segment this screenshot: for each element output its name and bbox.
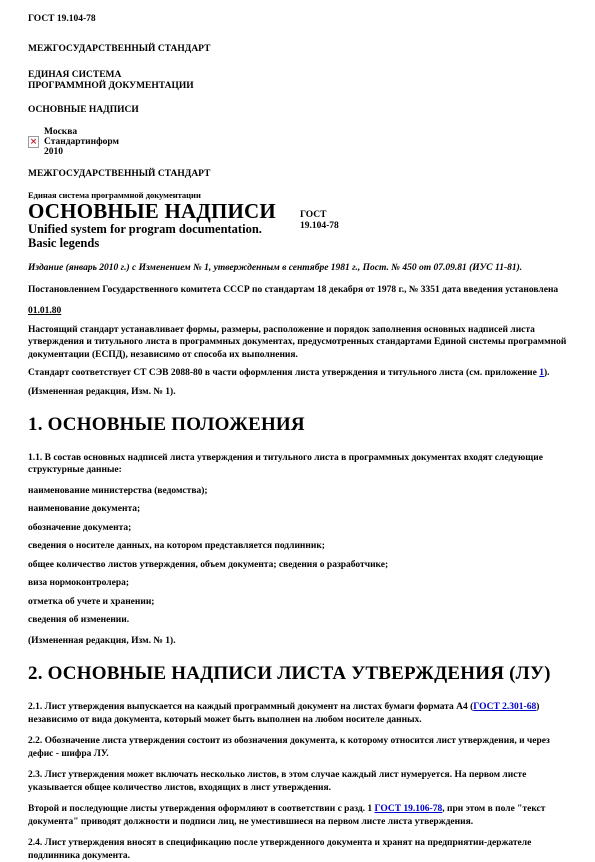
series-line-2: ПРОГРАММНОЙ ДОКУМЕНТАЦИИ <box>28 81 569 92</box>
gost-2301-link[interactable]: ГОСТ 2.301-68 <box>473 702 536 712</box>
title-left: ОСНОВНЫЕ НАДПИСИ Unified system for prog… <box>28 200 276 250</box>
list-item-doc-designation: обозначение документа; <box>28 522 569 535</box>
edition-note: Издание (январь 2010 г.) с Изменением № … <box>28 262 569 275</box>
publisher-name: Стандартинформ <box>44 137 119 147</box>
main-title: ОСНОВНЫЕ НАДПИСИ <box>28 200 276 222</box>
list-item-doc-name: наименование документа; <box>28 503 569 516</box>
broken-image-icon: × <box>28 136 39 148</box>
standard-type-line-2: МЕЖГОСУДАРСТВЕННЫЙ СТАНДАРТ <box>28 169 569 180</box>
scope-paragraph: Настоящий стандарт устанавливает формы, … <box>28 324 569 362</box>
paragraph-1-1: 1.1. В состав основных надписей листа ут… <box>28 452 569 477</box>
broken-image-x-glyph: × <box>30 138 38 147</box>
list-item-data-carrier: сведения о носителе данных, на котором п… <box>28 540 569 553</box>
publisher-year: 2010 <box>44 147 119 157</box>
conformity-paragraph: Стандарт соответствует СТ СЭВ 2088-80 в … <box>28 367 569 380</box>
conformity-suffix: ). <box>544 368 550 378</box>
section-2-heading: 2. ОСНОВНЫЕ НАДПИСИ ЛИСТА УТВЕРЖДЕНИЯ (Л… <box>28 663 569 685</box>
title-upper: ОСНОВНЫЕ НАДПИСИ <box>28 105 569 116</box>
paragraph-2-1: 2.1. Лист утверждения выпускается на каж… <box>28 701 569 726</box>
section-1-heading: 1. ОСНОВНЫЕ ПОЛОЖЕНИЯ <box>28 414 569 436</box>
gost-code-line-1: ГОСТ <box>300 210 339 221</box>
amendment-note-1: (Измененная редакция, Изм. № 1). <box>28 386 569 399</box>
publisher-city: Москва <box>44 127 119 137</box>
title-en-line-2: Basic legends <box>28 236 276 250</box>
publisher-lines: Москва Стандартинформ 2010 <box>44 127 119 157</box>
gost-code-line-2: 19.104-78 <box>300 221 339 232</box>
standard-type-line-1: МЕЖГОСУДАРСТВЕННЫЙ СТАНДАРТ <box>28 44 569 55</box>
list-item-sheet-count: общее количество листов утверждения, объ… <box>28 559 569 572</box>
paragraph-2-4: 2.4. Лист утверждения вносят в специфика… <box>28 837 569 862</box>
conformity-prefix: Стандарт соответствует СТ СЭВ 2088-80 в … <box>28 368 539 378</box>
list-item-changes-info: сведения об изменении. <box>28 614 569 627</box>
title-block: Единая система программной документации … <box>28 190 569 250</box>
list-item-storage-mark: отметка об учете и хранении; <box>28 596 569 609</box>
amendment-note-2: (Измененная редакция, Изм. № 1). <box>28 635 569 648</box>
doc-code-top: ГОСТ 19.104-78 <box>28 14 569 25</box>
series-block: ЕДИНАЯ СИСТЕМА ПРОГРАММНОЙ ДОКУМЕНТАЦИИ <box>28 70 569 92</box>
title-row: ОСНОВНЫЕ НАДПИСИ Unified system for prog… <box>28 200 569 250</box>
gost-code-block: ГОСТ 19.104-78 <box>300 210 339 232</box>
title-en-line-1: Unified system for program documentation… <box>28 222 276 236</box>
paragraph-2-3b: Второй и последующие листы утверждения о… <box>28 803 569 828</box>
paragraph-2-1-prefix: 2.1. Лист утверждения выпускается на каж… <box>28 702 473 712</box>
paragraph-2-3: 2.3. Лист утверждения может включать нес… <box>28 769 569 794</box>
publisher-block: × Москва Стандартинформ 2010 <box>28 127 569 157</box>
gost-19106-link[interactable]: ГОСТ 19.106-78 <box>375 804 443 814</box>
series-line-1: ЕДИНАЯ СИСТЕМА <box>28 70 569 81</box>
paragraph-2-2: 2.2. Обозначение листа утверждения состо… <box>28 735 569 760</box>
decree-text: Постановлением Государственного комитета… <box>28 284 569 297</box>
list-item-norm-control: виза нормоконтролера; <box>28 577 569 590</box>
document-page: ГОСТ 19.104-78 МЕЖГОСУДАРСТВЕННЫЙ СТАНДА… <box>0 0 595 842</box>
effective-date: 01.01.80 <box>28 305 569 318</box>
paragraph-2-3b-prefix: Второй и последующие листы утверждения о… <box>28 804 375 814</box>
list-item-ministry: наименование министерства (ведомства); <box>28 485 569 498</box>
